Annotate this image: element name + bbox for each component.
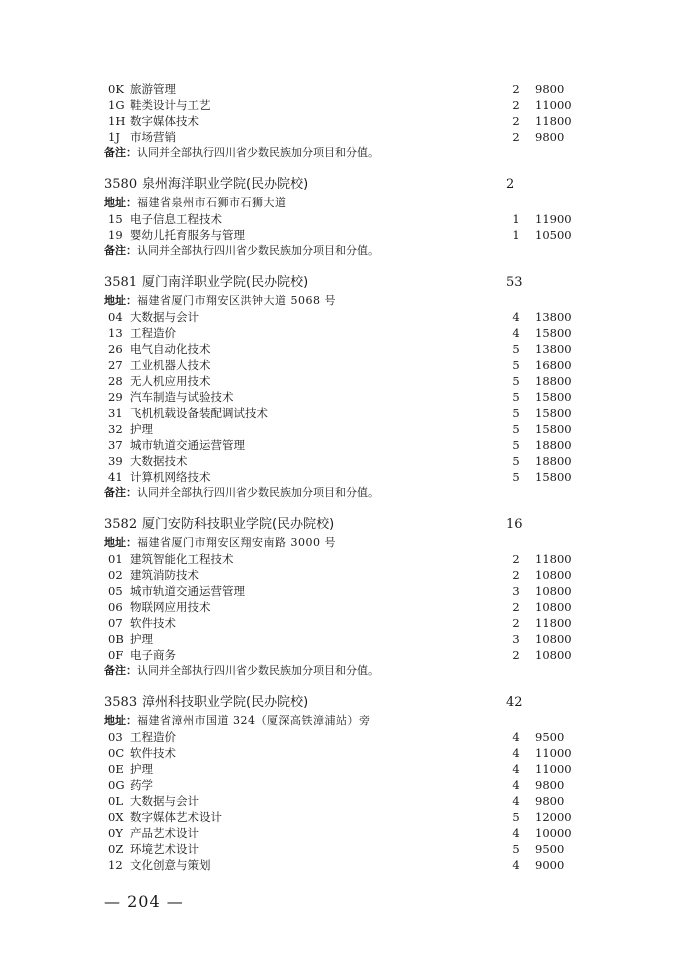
major-row: 0K旅游管理29800 <box>104 81 604 97</box>
school-id: 3583 <box>104 693 137 713</box>
remark-label: 备注： <box>104 664 137 677</box>
enrollment-count: 2 <box>512 113 520 129</box>
tuition-fee: 11800 <box>535 113 572 129</box>
major-code: 19 <box>108 227 123 243</box>
enrollment-count: 3 <box>512 631 520 647</box>
address-label: 地址： <box>104 196 137 209</box>
major-row: 39大数据技术518800 <box>104 453 604 469</box>
school-id: 3582 <box>104 515 137 535</box>
major-code: 07 <box>108 615 123 631</box>
major-row: 41计算机网络技术515800 <box>104 469 604 485</box>
school-id: 3580 <box>104 175 137 195</box>
tuition-fee: 11800 <box>535 615 572 631</box>
school-header: 3582厦门安防科技职业学院(民办院校)16 <box>104 515 604 535</box>
admissions-listing: 0K旅游管理298001G鞋类设计与工艺2110001H数字媒体技术211800… <box>104 81 604 873</box>
enrollment-count: 4 <box>512 777 520 793</box>
enrollment-count: 2 <box>512 81 520 97</box>
tuition-fee: 11900 <box>535 211 572 227</box>
major-row: 32护理515800 <box>104 421 604 437</box>
major-name: 大数据技术 <box>130 453 188 469</box>
address-text: 福建省泉州市石狮市石狮大道 <box>137 196 287 209</box>
tuition-fee: 13800 <box>535 341 572 357</box>
major-name: 无人机应用技术 <box>130 373 211 389</box>
major-code: 05 <box>108 583 123 599</box>
school-name: 泉州海洋职业学院(民办院校) <box>142 175 308 195</box>
major-name: 软件技术 <box>130 615 176 631</box>
major-row: 12文化创意与策划49000 <box>104 857 604 873</box>
enrollment-count: 5 <box>512 357 520 373</box>
major-name: 建筑智能化工程技术 <box>130 551 234 567</box>
school-id: 3581 <box>104 273 137 293</box>
school-total-count: 53 <box>506 273 523 293</box>
tuition-fee: 15800 <box>535 325 572 341</box>
tuition-fee: 15800 <box>535 405 572 421</box>
major-name: 飞机机载设备装配调试技术 <box>130 405 268 421</box>
major-name: 汽车制造与试验技术 <box>130 389 234 405</box>
major-code: 37 <box>108 437 123 453</box>
address-label: 地址： <box>104 294 137 307</box>
remark-label: 备注： <box>104 486 137 499</box>
major-code: 0F <box>108 647 123 663</box>
enrollment-count: 4 <box>512 729 520 745</box>
major-row: 0F电子商务210800 <box>104 647 604 663</box>
remark: 备注：认同并全部执行四川省少数民族加分项目和分值。 <box>104 485 604 501</box>
major-code: 0L <box>108 793 123 809</box>
major-code: 15 <box>108 211 123 227</box>
major-name: 数字媒体艺术设计 <box>130 809 222 825</box>
major-name: 护理 <box>130 761 153 777</box>
major-name: 护理 <box>130 631 153 647</box>
remark: 备注：认同并全部执行四川省少数民族加分项目和分值。 <box>104 663 604 679</box>
school-name: 漳州科技职业学院(民办院校) <box>142 693 308 713</box>
major-row: 0B护理310800 <box>104 631 604 647</box>
remark-text: 认同并全部执行四川省少数民族加分项目和分值。 <box>137 244 379 257</box>
major-row: 1J市场营销29800 <box>104 129 604 145</box>
remark-text: 认同并全部执行四川省少数民族加分项目和分值。 <box>137 664 379 677</box>
major-name: 建筑消防技术 <box>130 567 199 583</box>
school-name: 厦门安防科技职业学院(民办院校) <box>142 515 334 535</box>
major-name: 城市轨道交通运营管理 <box>130 583 245 599</box>
major-code: 0K <box>108 81 124 97</box>
major-name: 婴幼儿托育服务与管理 <box>130 227 245 243</box>
major-row: 0Z环境艺术设计59500 <box>104 841 604 857</box>
school-address: 地址：福建省厦门市翔安区翔安南路 3000 号 <box>104 535 604 551</box>
enrollment-count: 4 <box>512 325 520 341</box>
major-name: 软件技术 <box>130 745 176 761</box>
major-code: 32 <box>108 421 123 437</box>
major-name: 大数据与会计 <box>130 309 199 325</box>
tuition-fee: 9800 <box>535 129 564 145</box>
major-code: 0C <box>108 745 124 761</box>
school-name: 厦门南洋职业学院(民办院校) <box>142 273 308 293</box>
major-code: 06 <box>108 599 123 615</box>
major-code: 41 <box>108 469 123 485</box>
major-row: 15电子信息工程技术111900 <box>104 211 604 227</box>
remark: 备注：认同并全部执行四川省少数民族加分项目和分值。 <box>104 243 604 259</box>
remark-text: 认同并全部执行四川省少数民族加分项目和分值。 <box>137 486 379 499</box>
major-name: 工程造价 <box>130 729 176 745</box>
remark-label: 备注： <box>104 146 137 159</box>
enrollment-count: 4 <box>512 761 520 777</box>
major-row: 29汽车制造与试验技术515800 <box>104 389 604 405</box>
tuition-fee: 11000 <box>535 745 572 761</box>
tuition-fee: 9800 <box>535 777 564 793</box>
major-name: 护理 <box>130 421 153 437</box>
school-address: 地址：福建省漳州市国道 324（厦深高铁漳浦站）旁 <box>104 713 604 729</box>
school-address: 地址：福建省泉州市石狮市石狮大道 <box>104 195 604 211</box>
tuition-fee: 18800 <box>535 437 572 453</box>
major-row: 1G鞋类设计与工艺211000 <box>104 97 604 113</box>
major-name: 工程造价 <box>130 325 176 341</box>
school-total-count: 42 <box>506 693 523 713</box>
enrollment-count: 5 <box>512 841 520 857</box>
tuition-fee: 15800 <box>535 421 572 437</box>
major-row: 07软件技术211800 <box>104 615 604 631</box>
major-code: 1J <box>108 129 120 145</box>
major-row: 0Y产品艺术设计410000 <box>104 825 604 841</box>
tuition-fee: 11800 <box>535 551 572 567</box>
document-page: 0K旅游管理298001G鞋类设计与工艺2110001H数字媒体技术211800… <box>0 0 680 961</box>
major-code: 26 <box>108 341 123 357</box>
tuition-fee: 18800 <box>535 373 572 389</box>
major-row: 0X数字媒体艺术设计512000 <box>104 809 604 825</box>
major-name: 药学 <box>130 777 153 793</box>
major-name: 环境艺术设计 <box>130 841 199 857</box>
school-total-count: 2 <box>506 175 514 195</box>
enrollment-count: 5 <box>512 421 520 437</box>
tuition-fee: 10800 <box>535 599 572 615</box>
address-text: 福建省漳州市国道 324（厦深高铁漳浦站）旁 <box>137 714 371 727</box>
remark-text: 认同并全部执行四川省少数民族加分项目和分值。 <box>137 146 379 159</box>
enrollment-count: 5 <box>512 453 520 469</box>
major-row: 28无人机应用技术518800 <box>104 373 604 389</box>
major-name: 旅游管理 <box>130 81 176 97</box>
major-row: 0C软件技术411000 <box>104 745 604 761</box>
school-block: 3580泉州海洋职业学院(民办院校)2地址：福建省泉州市石狮市石狮大道15电子信… <box>104 175 604 259</box>
enrollment-count: 2 <box>512 647 520 663</box>
major-code: 0E <box>108 761 124 777</box>
major-row: 0G药学49800 <box>104 777 604 793</box>
enrollment-count: 5 <box>512 341 520 357</box>
enrollment-count: 5 <box>512 373 520 389</box>
school-address: 地址：福建省厦门市翔安区洪钟大道 5068 号 <box>104 293 604 309</box>
continued-section: 0K旅游管理298001G鞋类设计与工艺2110001H数字媒体技术211800… <box>104 81 604 161</box>
tuition-fee: 10800 <box>535 631 572 647</box>
enrollment-count: 5 <box>512 469 520 485</box>
enrollment-count: 2 <box>512 97 520 113</box>
major-code: 39 <box>108 453 123 469</box>
major-code: 28 <box>108 373 123 389</box>
major-code: 1G <box>108 97 125 113</box>
enrollment-count: 3 <box>512 583 520 599</box>
major-row: 01建筑智能化工程技术211800 <box>104 551 604 567</box>
enrollment-count: 4 <box>512 857 520 873</box>
major-name: 物联网应用技术 <box>130 599 211 615</box>
major-name: 电子商务 <box>130 647 176 663</box>
enrollment-count: 2 <box>512 599 520 615</box>
tuition-fee: 12000 <box>535 809 572 825</box>
enrollment-count: 2 <box>512 551 520 567</box>
major-name: 数字媒体技术 <box>130 113 199 129</box>
tuition-fee: 15800 <box>535 469 572 485</box>
address-text: 福建省厦门市翔安区洪钟大道 5068 号 <box>137 294 336 307</box>
enrollment-count: 5 <box>512 437 520 453</box>
major-row: 1H数字媒体技术211800 <box>104 113 604 129</box>
major-name: 计算机网络技术 <box>130 469 211 485</box>
major-name: 文化创意与策划 <box>130 857 211 873</box>
tuition-fee: 15800 <box>535 389 572 405</box>
major-code: 0Z <box>108 841 123 857</box>
enrollment-count: 1 <box>512 227 520 243</box>
enrollment-count: 1 <box>512 211 520 227</box>
major-code: 0B <box>108 631 124 647</box>
school-header: 3580泉州海洋职业学院(民办院校)2 <box>104 175 604 195</box>
address-text: 福建省厦门市翔安区翔安南路 3000 号 <box>137 536 336 549</box>
major-code: 02 <box>108 567 123 583</box>
major-code: 31 <box>108 405 123 421</box>
major-code: 03 <box>108 729 123 745</box>
tuition-fee: 18800 <box>535 453 572 469</box>
tuition-fee: 9500 <box>535 841 564 857</box>
enrollment-count: 4 <box>512 825 520 841</box>
major-name: 鞋类设计与工艺 <box>130 97 211 113</box>
major-row: 0E护理411000 <box>104 761 604 777</box>
major-name: 城市轨道交通运营管理 <box>130 437 245 453</box>
tuition-fee: 10000 <box>535 825 572 841</box>
enrollment-count: 2 <box>512 567 520 583</box>
school-header: 3581厦门南洋职业学院(民办院校)53 <box>104 273 604 293</box>
address-label: 地址： <box>104 536 137 549</box>
enrollment-count: 4 <box>512 309 520 325</box>
major-code: 27 <box>108 357 123 373</box>
major-code: 01 <box>108 551 123 567</box>
enrollment-count: 4 <box>512 745 520 761</box>
enrollment-count: 4 <box>512 793 520 809</box>
major-code: 0Y <box>108 825 123 841</box>
major-row: 27工业机器人技术516800 <box>104 357 604 373</box>
major-row: 05城市轨道交通运营管理310800 <box>104 583 604 599</box>
major-row: 0L大数据与会计49800 <box>104 793 604 809</box>
remark-label: 备注： <box>104 244 137 257</box>
major-code: 0G <box>108 777 125 793</box>
major-code: 0X <box>108 809 124 825</box>
tuition-fee: 10800 <box>535 567 572 583</box>
major-row: 04大数据与会计413800 <box>104 309 604 325</box>
tuition-fee: 10500 <box>535 227 572 243</box>
enrollment-count: 5 <box>512 389 520 405</box>
address-label: 地址： <box>104 714 137 727</box>
major-name: 电气自动化技术 <box>130 341 211 357</box>
tuition-fee: 11000 <box>535 97 572 113</box>
tuition-fee: 10800 <box>535 583 572 599</box>
tuition-fee: 10800 <box>535 647 572 663</box>
school-block: 3582厦门安防科技职业学院(民办院校)16地址：福建省厦门市翔安区翔安南路 3… <box>104 515 604 679</box>
major-name: 市场营销 <box>130 129 176 145</box>
tuition-fee: 9800 <box>535 793 564 809</box>
major-code: 12 <box>108 857 123 873</box>
major-code: 13 <box>108 325 123 341</box>
enrollment-count: 5 <box>512 809 520 825</box>
major-row: 19婴幼儿托育服务与管理110500 <box>104 227 604 243</box>
school-header: 3583漳州科技职业学院(民办院校)42 <box>104 693 604 713</box>
major-row: 03工程造价49500 <box>104 729 604 745</box>
tuition-fee: 9800 <box>535 81 564 97</box>
major-code: 29 <box>108 389 123 405</box>
major-name: 大数据与会计 <box>130 793 199 809</box>
major-row: 13工程造价415800 <box>104 325 604 341</box>
school-block: 3583漳州科技职业学院(民办院校)42地址：福建省漳州市国道 324（厦深高铁… <box>104 693 604 873</box>
tuition-fee: 9000 <box>535 857 564 873</box>
page-number: — 204 — <box>104 892 184 911</box>
major-name: 工业机器人技术 <box>130 357 211 373</box>
school-total-count: 16 <box>506 515 523 535</box>
major-row: 31飞机机载设备装配调试技术515800 <box>104 405 604 421</box>
major-row: 26电气自动化技术513800 <box>104 341 604 357</box>
tuition-fee: 16800 <box>535 357 572 373</box>
major-name: 产品艺术设计 <box>130 825 199 841</box>
major-code: 1H <box>108 113 125 129</box>
major-row: 02建筑消防技术210800 <box>104 567 604 583</box>
major-row: 06物联网应用技术210800 <box>104 599 604 615</box>
remark: 备注：认同并全部执行四川省少数民族加分项目和分值。 <box>104 145 604 161</box>
tuition-fee: 9500 <box>535 729 564 745</box>
tuition-fee: 11000 <box>535 761 572 777</box>
enrollment-count: 2 <box>512 615 520 631</box>
school-block: 3581厦门南洋职业学院(民办院校)53地址：福建省厦门市翔安区洪钟大道 506… <box>104 273 604 501</box>
enrollment-count: 2 <box>512 129 520 145</box>
major-row: 37城市轨道交通运营管理518800 <box>104 437 604 453</box>
major-code: 04 <box>108 309 123 325</box>
tuition-fee: 13800 <box>535 309 572 325</box>
enrollment-count: 5 <box>512 405 520 421</box>
major-name: 电子信息工程技术 <box>130 211 222 227</box>
